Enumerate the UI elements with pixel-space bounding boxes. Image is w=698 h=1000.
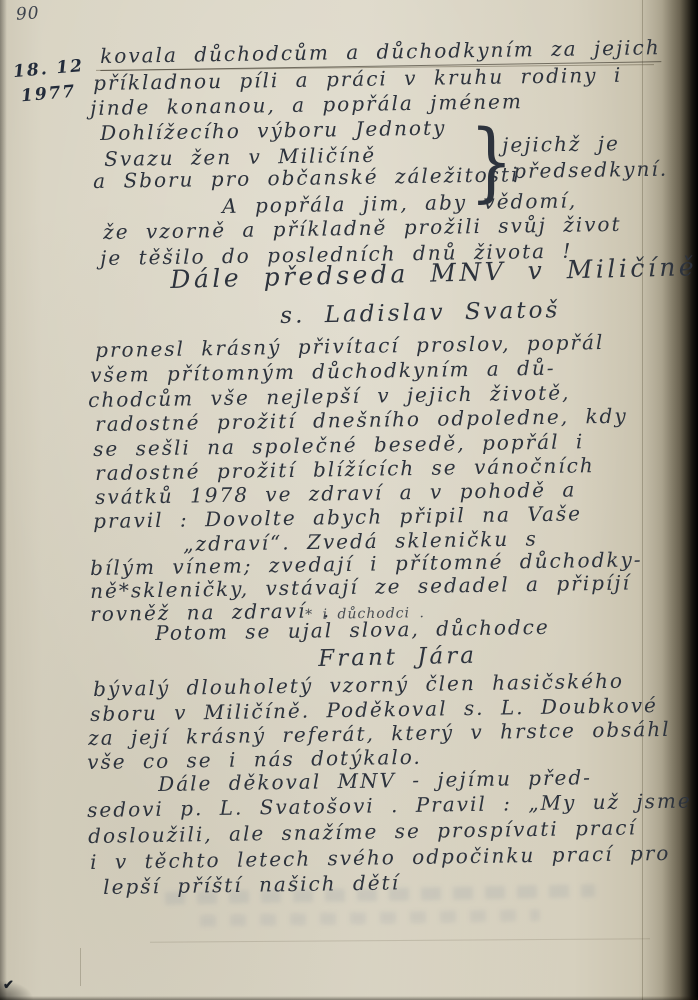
paper-scratch — [80, 948, 81, 986]
margin-date-day-month: 18. 12 — [12, 56, 85, 82]
chronicle-page-photo: 90 18. 12 1977 ✔ kovala důchodcům a důch… — [0, 0, 698, 1000]
handwritten-heading-name: Frant Jára — [318, 643, 477, 672]
handwritten-line: Potom se ujal slova, důchodce — [155, 615, 550, 645]
handwritten-line-list-item: Dohlížecího výboru Jednoty — [100, 116, 446, 145]
handwritten-brace-note: jejichž je — [502, 131, 620, 157]
handwritten-line: lepší příští našich dětí — [103, 870, 400, 899]
paper-crease — [150, 938, 650, 942]
margin-date-year: 1977 — [20, 82, 77, 107]
ink-show-through — [200, 909, 540, 927]
handwritten-heading-name: s. Ladislav Svatoš — [280, 297, 561, 329]
handwritten-brace-note: předsedkyní. — [513, 157, 668, 183]
left-page-edge-shadow — [0, 0, 7, 1000]
margin-check-mark: ✔ — [3, 978, 14, 993]
bottom-page-edge-shadow — [0, 996, 698, 1000]
page-number: 90 — [15, 3, 40, 25]
